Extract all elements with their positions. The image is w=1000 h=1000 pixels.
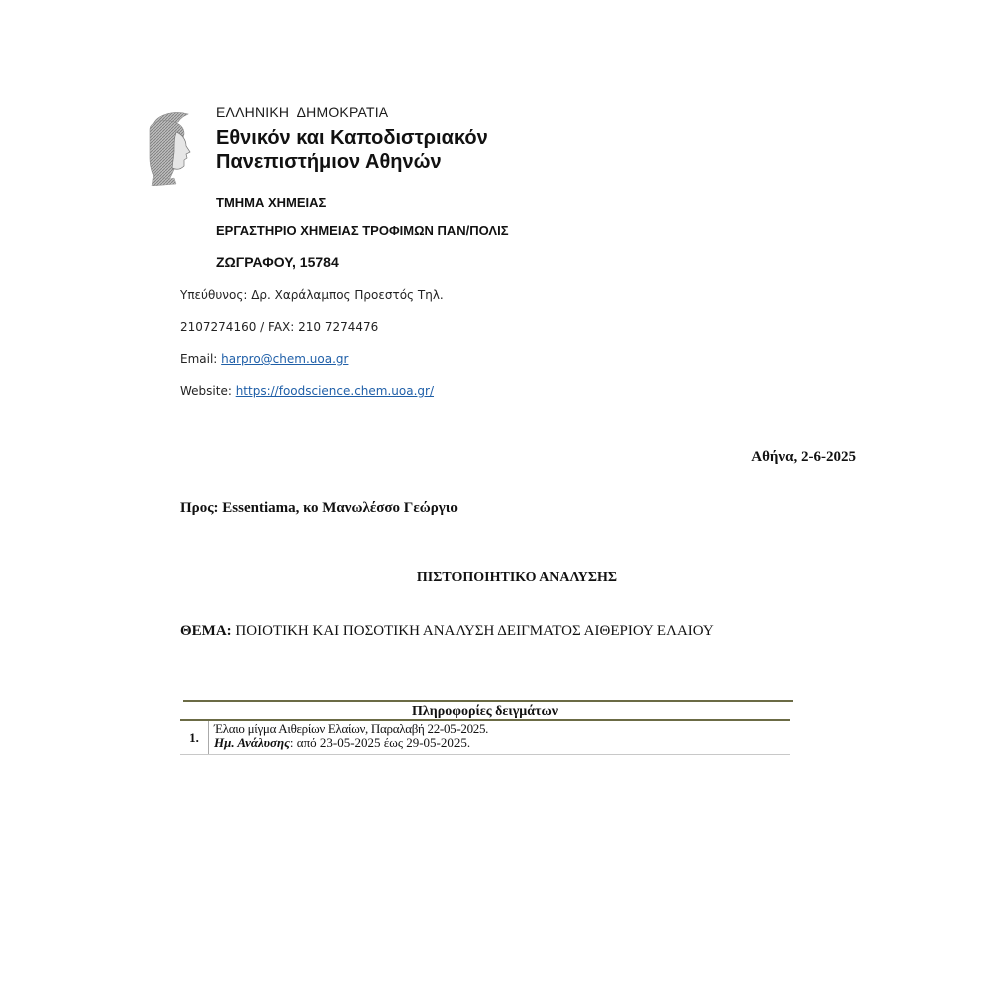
email-link[interactable]: harpro@chem.uoa.gr <box>221 352 348 366</box>
analysis-label: Ημ. Ανάλυσης <box>214 735 290 750</box>
website-link[interactable]: https://foodscience.chem.uoa.gr/ <box>236 384 434 398</box>
subject-label: ΘΕΜΑ: <box>180 623 232 639</box>
analysis-text: : από 23-05-2025 έως 29-05-2025. <box>290 735 470 750</box>
phone-fax: 2107274160 / FAX: 210 7274476 <box>180 320 378 334</box>
table-top-rule <box>183 700 793 702</box>
athena-head-logo-icon <box>144 108 202 186</box>
university-name-line-1: Εθνικόν και Καποδιστριακόν <box>216 126 488 150</box>
university-name-line-2: Πανεπιστήμιον Αθηνών <box>216 150 488 174</box>
table-row: Έλαιο μίγμα Αιθερίων Ελαίων, Παραλαβή 22… <box>214 722 488 750</box>
table-header: Πληροφορίες δειγμάτων <box>180 704 790 720</box>
recipient: Προς: Essentiama, κο Μανωλέσσο Γεώργιο <box>180 500 458 517</box>
sample-description: Έλαιο μίγμα Αιθερίων Ελαίων, Παραλαβή 22… <box>214 722 488 736</box>
republic-heading: ΕΛΛΗΝΙΚΗ ΔΗΜΟΚΡΑΤΙΑ <box>216 104 388 120</box>
university-name: Εθνικόν και Καποδιστριακόν Πανεπιστήμιον… <box>216 126 488 174</box>
subject-text: ΠΟΙΟΤΙΚΗ ΚΑΙ ΠΟΣΟΤΙΚΗ ΑΝΑΛΥΣΗ ΔΕΙΓΜΑΤΟΣ … <box>232 623 714 639</box>
table-row-number: 1. <box>180 721 209 754</box>
address: ΖΩΓΡΑΦΟΥ, 15784 <box>216 254 339 270</box>
responsible-person: Υπεύθυνος: Δρ. Χαράλαμπος Προεστός Τηλ. <box>180 288 444 302</box>
department-name: ΤΜΗΜΑ ΧΗΜΕΙΑΣ <box>216 195 326 210</box>
email-label: Email: <box>180 352 221 366</box>
table-bottom-rule <box>180 754 790 755</box>
laboratory-name: ΕΡΓΑΣΤΗΡΙΟ ΧΗΜΕΙΑΣ ΤΡΟΦΙΜΩΝ ΠΑΝ/ΠΟΛΙΣ <box>216 223 509 238</box>
subject-line: ΘΕΜΑ: ΠΟΙΟΤΙΚΗ ΚΑΙ ΠΟΣΟΤΙΚΗ ΑΝΑΛΥΣΗ ΔΕΙΓ… <box>180 623 714 640</box>
certificate-title: ΠΙΣΤΟΠΟΙΗΤΙΚΟ ΑΝΑΛΥΣΗΣ <box>0 570 1000 586</box>
letter-date: Αθήνα, 2-6-2025 <box>751 449 856 466</box>
website-label: Website: <box>180 384 236 398</box>
website-line: Website: https://foodscience.chem.uoa.gr… <box>180 384 434 398</box>
email-line: Email: harpro@chem.uoa.gr <box>180 352 348 366</box>
analysis-dates: Ημ. Ανάλυσης: από 23-05-2025 έως 29-05-2… <box>214 736 488 750</box>
